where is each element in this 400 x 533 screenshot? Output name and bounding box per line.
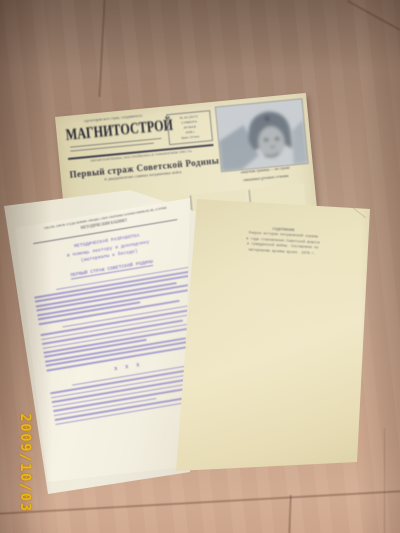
- soldier-portrait-drawing: [216, 99, 308, 171]
- portrait-caption: священных рубежей Отчизны: [235, 174, 297, 184]
- plank-seam: [384, 428, 385, 533]
- issue-price: Цена 10 коп.: [178, 135, 203, 141]
- photo-scene: Пролетарии всех стран, соединяйтесь! МАГ…: [0, 0, 400, 533]
- newspaper-masthead: Пролетарии всех стран, соединяйтесь! МАГ…: [65, 113, 166, 155]
- soldier-portrait-illustration: [216, 99, 308, 171]
- camera-timestamp: 2009/10/03: [17, 413, 33, 512]
- report-page-text: СОДЕРЖАНИЕ Очерки истории пограничной ох…: [203, 203, 364, 260]
